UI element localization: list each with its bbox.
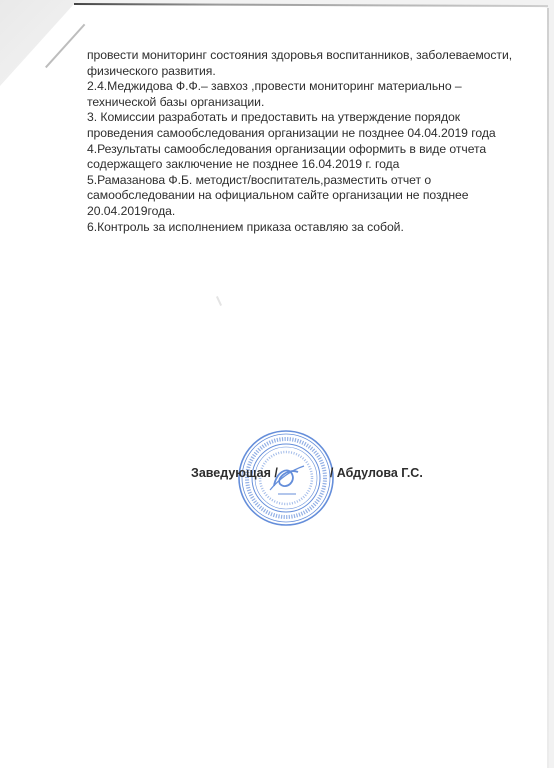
page-right-edge: [547, 8, 549, 768]
text-line: провести мониторинг состояния здоровья в…: [87, 48, 527, 64]
signatory-title: Заведующая /: [191, 466, 278, 480]
signatory-name: / Абдулова Г.С.: [330, 466, 423, 480]
text-line: самообследовании на официальном сайте ор…: [87, 188, 527, 204]
text-line: физического развития.: [87, 64, 527, 80]
text-line: 6.Контроль за исполнением приказа оставл…: [87, 220, 527, 236]
text-line: технической базы организации.: [87, 95, 527, 111]
text-line: 20.04.2019года.: [87, 204, 527, 220]
text-line: 2.4.Меджидова Ф.Ф.– завхоз ,провести мон…: [87, 79, 527, 95]
text-line: содержащего заключение не позднее 16.04.…: [87, 157, 527, 173]
order-text: провести мониторинг состояния здоровья в…: [87, 48, 527, 235]
text-line: 3. Комиссии разработать и предоставить н…: [87, 110, 527, 126]
text-line: проведения самообследования организации …: [87, 126, 527, 142]
text-line: 5.Рамазанова Ф.Б. методист/воспитатель,р…: [87, 173, 527, 189]
signature-block: Заведующая // Абдулова Г.С.: [191, 466, 423, 480]
text-line: 4.Результаты самообследования организаци…: [87, 142, 527, 158]
